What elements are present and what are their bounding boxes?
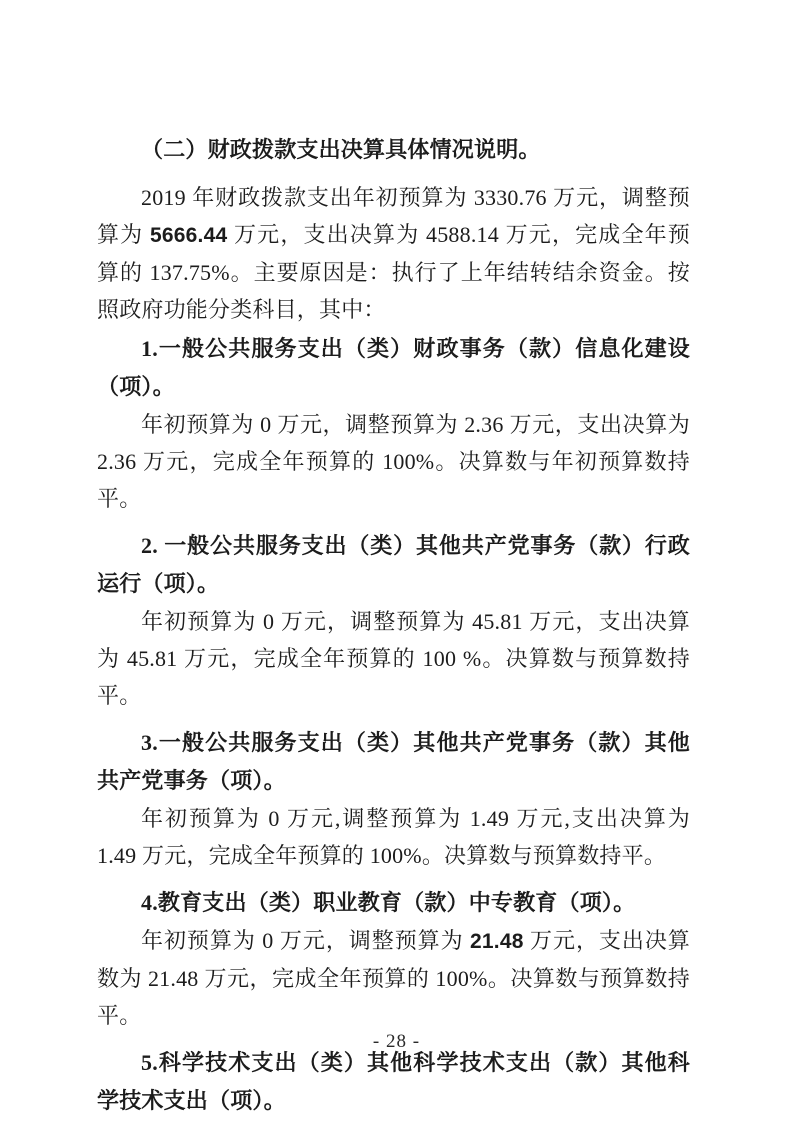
item-4-adjusted-budget-amount: 21.48 — [470, 930, 524, 953]
section-heading: （二）财政拨款支出决算具体情况说明。 — [97, 131, 690, 168]
item-2-heading: 2. 一般公共服务支出（类）其他共产党事务（款）行政运行（项）。 — [97, 527, 690, 603]
item-1-heading: 1.一般公共服务支出（类）财政事务（款）信息化建设（项）。 — [97, 330, 690, 406]
intro-paragraph: 2019 年财政拨款支出年初预算为 3330.76 万元，调整预算为 5666.… — [97, 179, 690, 328]
item-4-body: 年初预算为 0 万元，调整预算为 21.48 万元，支出决算数为 21.48 万… — [97, 922, 690, 1034]
item-4-run-1: 年初预算为 0 万元，调整预算为 — [141, 928, 470, 953]
item-3-heading: 3.一般公共服务支出（类）其他共产党事务（款）其他共产党事务（项）。 — [97, 724, 690, 800]
page-content: （二）财政拨款支出决算具体情况说明。 2019 年财政拨款支出年初预算为 333… — [97, 131, 690, 1120]
item-5-heading: 5.科学技术支出（类）其他科学技术支出（款）其他科学技术支出（项）。 — [97, 1044, 690, 1120]
intro-adjusted-budget-amount: 5666.44 — [150, 224, 227, 247]
document-page: （二）财政拨款支出决算具体情况说明。 2019 年财政拨款支出年初预算为 333… — [0, 0, 793, 1122]
page-number: - 28 - — [0, 1031, 793, 1053]
item-2-body: 年初预算为 0 万元，调整预算为 45.81 万元，支出决算为 45.81 万元… — [97, 603, 690, 714]
item-1-body: 年初预算为 0 万元，调整预算为 2.36 万元，支出决算为 2.36 万元，完… — [97, 406, 690, 517]
item-4-heading: 4.教育支出（类）职业教育（款）中专教育（项）。 — [97, 884, 690, 922]
item-3-body: 年初预算为 0 万元,调整预算为 1.49 万元,支出决算为 1.49 万元，完… — [97, 800, 690, 874]
